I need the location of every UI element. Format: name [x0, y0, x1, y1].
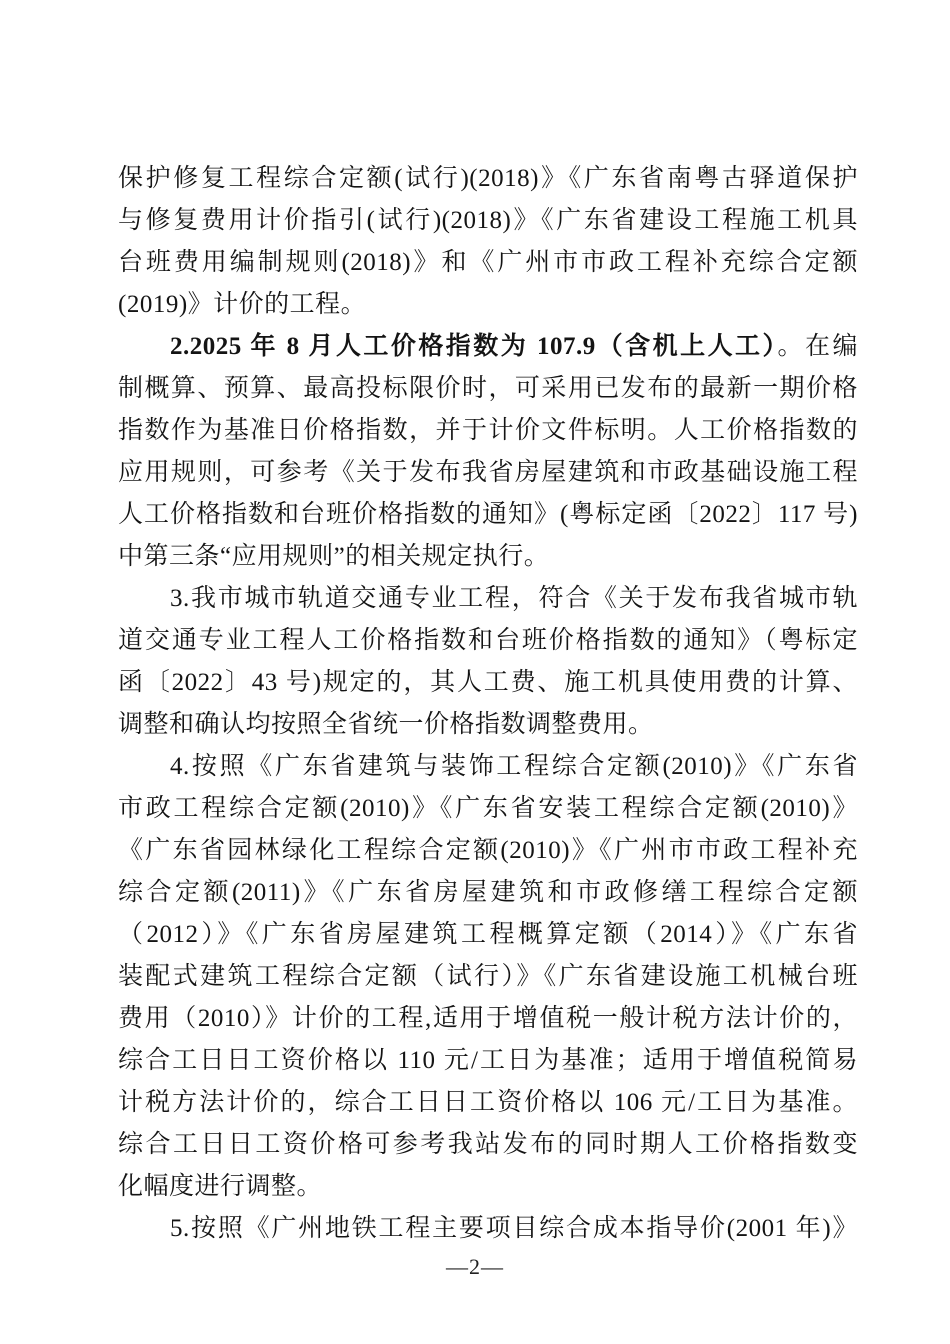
- document-line: 调整和确认均按照全省统一价格指数调整费用。: [118, 704, 858, 746]
- document-line: 化幅度进行调整。: [118, 1166, 858, 1208]
- document-line: 《广东省园林绿化工程综合定额(2010)》《广州市市政工程补充: [118, 830, 858, 872]
- document-line: 中第三条“应用规则”的相关规定执行。: [118, 536, 858, 578]
- document-line: 函〔2022〕43 号)规定的，其人工费、施工机具使用费的计算、: [118, 662, 858, 704]
- document-line: 5.按照《广州地铁工程主要项目综合成本指导价(2001 年)》: [118, 1208, 858, 1250]
- document-line: 台班费用编制规则(2018)》和《广州市市政工程补充综合定额: [118, 242, 858, 284]
- document-line: 指数作为基准日价格指数，并于计价文件标明。人工价格指数的: [118, 410, 858, 452]
- bold-index-statement: 2.2025 年 8 月人工价格指数为 107.9（含机上人工）: [170, 333, 778, 360]
- document-line: 市政工程综合定额(2010)》《广东省安装工程综合定额(2010)》: [118, 788, 858, 830]
- document-line: 3.我市城市轨道交通专业工程，符合《关于发布我省城市轨: [118, 578, 858, 620]
- document-line: 应用规则，可参考《关于发布我省房屋建筑和市政基础设施工程: [118, 452, 858, 494]
- document-line: 4.按照《广东省建筑与装饰工程综合定额(2010)》《广东省: [118, 746, 858, 788]
- document-text: 。在编: [778, 333, 858, 360]
- document-line: 综合定额(2011)》《广东省房屋建筑和市政修缮工程综合定额: [118, 872, 858, 914]
- paragraph-item-2: 2.2025 年 8 月人工价格指数为 107.9（含机上人工）。在编 制概算、…: [118, 326, 858, 578]
- paragraph-continuation: 保护修复工程综合定额(试行)(2018)》《广东省南粤古驿道保护 与修复费用计价…: [118, 158, 858, 326]
- document-body: 保护修复工程综合定额(试行)(2018)》《广东省南粤古驿道保护 与修复费用计价…: [118, 158, 858, 1250]
- document-line: （2012）》《广东省房屋建筑工程概算定额（2014）》《广东省: [118, 914, 858, 956]
- document-line: 道交通专业工程人工价格指数和台班价格指数的通知》（粤标定: [118, 620, 858, 662]
- document-page: 保护修复工程综合定额(试行)(2018)》《广东省南粤古驿道保护 与修复费用计价…: [0, 0, 950, 1344]
- document-line: 人工价格指数和台班价格指数的通知》(粤标定函〔2022〕117 号): [118, 494, 858, 536]
- document-line: 综合工日日工资价格可参考我站发布的同时期人工价格指数变: [118, 1124, 858, 1166]
- document-line: 制概算、预算、最高投标限价时，可采用已发布的最新一期价格: [118, 368, 858, 410]
- document-line: 保护修复工程综合定额(试行)(2018)》《广东省南粤古驿道保护: [118, 158, 858, 200]
- document-line: 与修复费用计价指引(试行)(2018)》《广东省建设工程施工机具: [118, 200, 858, 242]
- paragraph-item-3: 3.我市城市轨道交通专业工程，符合《关于发布我省城市轨 道交通专业工程人工价格指…: [118, 578, 858, 746]
- document-line: 费用（2010）》计价的工程,适用于增值税一般计税方法计价的，: [118, 998, 858, 1040]
- document-line: 装配式建筑工程综合定额（试行）》《广东省建设施工机械台班: [118, 956, 858, 998]
- paragraph-item-4: 4.按照《广东省建筑与装饰工程综合定额(2010)》《广东省 市政工程综合定额(…: [118, 746, 858, 1208]
- document-line: (2019)》计价的工程。: [118, 284, 858, 326]
- paragraph-item-5: 5.按照《广州地铁工程主要项目综合成本指导价(2001 年)》: [118, 1208, 858, 1250]
- document-line: 计税方法计价的，综合工日日工资价格以 106 元/工日为基准。: [118, 1082, 858, 1124]
- document-line: 2.2025 年 8 月人工价格指数为 107.9（含机上人工）。在编: [118, 326, 858, 368]
- page-number: —2—: [0, 1250, 950, 1284]
- document-line: 综合工日日工资价格以 110 元/工日为基准；适用于增值税简易: [118, 1040, 858, 1082]
